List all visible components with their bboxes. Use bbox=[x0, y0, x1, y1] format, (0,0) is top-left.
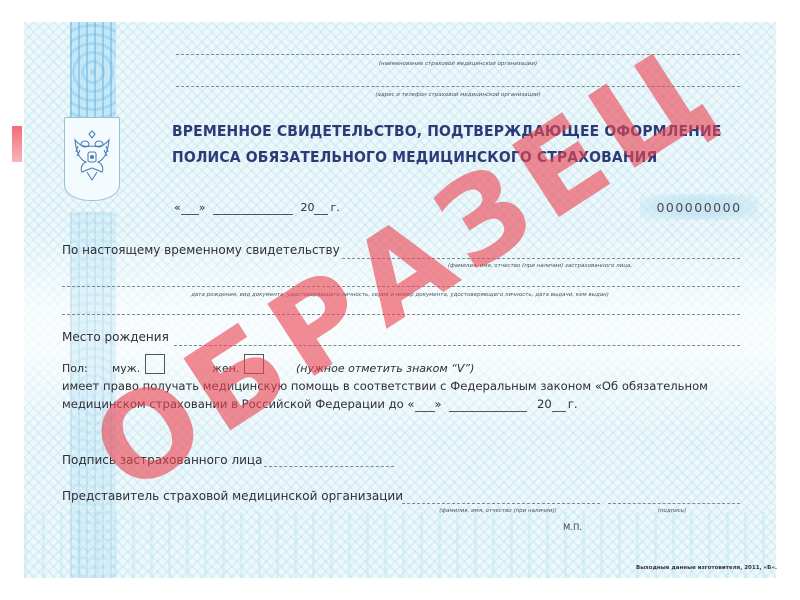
certificate-number: 000000000 bbox=[640, 194, 758, 220]
rights-text-line2: медицинском страховании в Российской Фед… bbox=[62, 397, 578, 412]
sex-male-label: муж. bbox=[112, 362, 140, 375]
printer-note: Выходные данные изготовителя, 2011, «Б». bbox=[636, 565, 777, 571]
valid-year-field[interactable] bbox=[552, 397, 566, 412]
representative-name-caption: (фамилия, имя, отчество (при наличии)) bbox=[439, 508, 556, 514]
issue-month-field[interactable] bbox=[213, 201, 293, 215]
sex-female-label: жен. bbox=[212, 362, 239, 375]
issue-year-field[interactable] bbox=[314, 201, 328, 215]
sex-label: Пол: bbox=[62, 362, 88, 375]
issue-date: « » 20 г. bbox=[174, 201, 340, 215]
valid-month-field[interactable] bbox=[449, 397, 527, 412]
org-address-caption: (адрес и телефон страховой медицинской о… bbox=[375, 92, 540, 98]
rights-line2-close: » bbox=[435, 397, 442, 411]
document-title-line2: ПОЛИСА ОБЯЗАТЕЛЬНОГО МЕДИЦИНСКОГО СТРАХО… bbox=[172, 148, 657, 166]
birthplace-field[interactable] bbox=[174, 345, 740, 346]
seal-label: М.П. bbox=[563, 523, 582, 533]
sex-hint: (нужное отметить знаком “V”) bbox=[296, 362, 474, 375]
holder-caption: (фамилия, имя, отчество (при наличии) за… bbox=[448, 263, 632, 269]
holder-name-line[interactable] bbox=[342, 258, 740, 259]
valid-year-prefix: 20 bbox=[537, 397, 552, 411]
insured-signature-field[interactable] bbox=[264, 466, 394, 467]
issue-day-field[interactable] bbox=[181, 201, 199, 215]
birthplace-label: Место рождения bbox=[62, 330, 169, 344]
holder-details-line-2[interactable] bbox=[62, 314, 740, 315]
issue-year-prefix: 20 bbox=[300, 201, 314, 214]
coat-of-arms-icon bbox=[64, 117, 120, 201]
sex-male-checkbox[interactable] bbox=[145, 354, 165, 374]
org-name-caption: (наименование страховой медицинской орга… bbox=[379, 61, 537, 67]
sex-female-checkbox[interactable] bbox=[244, 354, 264, 374]
org-address-line[interactable] bbox=[176, 86, 740, 87]
representative-label: Представитель страховой медицинской орга… bbox=[62, 489, 403, 503]
issue-day-open: « bbox=[174, 201, 181, 214]
red-edge-marker bbox=[12, 126, 22, 162]
insured-signature-label: Подпись застрахованного лица bbox=[62, 453, 262, 467]
guilloche-stripe-lower bbox=[70, 212, 116, 578]
representative-signature-field[interactable] bbox=[608, 503, 740, 504]
org-name-line[interactable] bbox=[176, 54, 740, 55]
rights-text-line1: имеет право получать медицинскую помощь … bbox=[62, 379, 708, 393]
holder-details-caption: дата рождения, вид документа, удостоверя… bbox=[191, 292, 609, 298]
holder-label: По настоящему временному свидетельству bbox=[62, 243, 340, 257]
issue-year-suffix: г. bbox=[330, 201, 339, 214]
rights-line2-prefix: медицинском страховании в Российской Фед… bbox=[62, 397, 415, 411]
representative-signature-caption: (подпись) bbox=[658, 508, 687, 514]
holder-details-line[interactable] bbox=[62, 286, 740, 287]
valid-year-suffix: г. bbox=[568, 397, 578, 411]
valid-day-field[interactable] bbox=[415, 397, 435, 412]
guilloche-stripe bbox=[70, 22, 116, 122]
issue-day-close: » bbox=[199, 201, 206, 214]
document-title-line1: ВРЕМЕННОЕ СВИДЕТЕЛЬСТВО, ПОДТВЕРЖДАЮЩЕЕ … bbox=[172, 122, 721, 140]
representative-name-field[interactable] bbox=[402, 503, 600, 504]
